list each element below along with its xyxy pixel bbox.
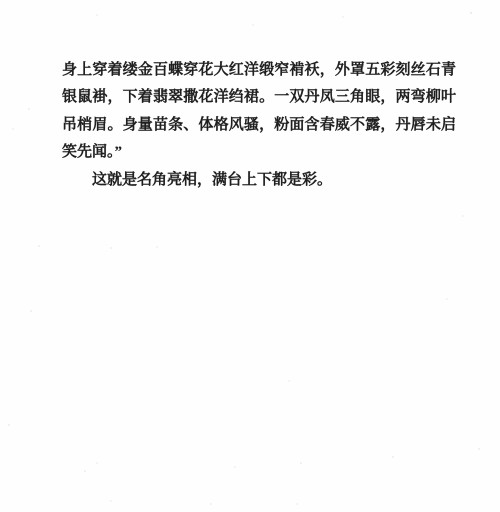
paragraph-quote: 身上穿着缕金百蝶穿花大红洋缎窄褃袄，外罩五彩刻丝石青银鼠褂，下着翡翠撒花洋绉裙。… bbox=[62, 57, 456, 167]
body-text-block: 身上穿着缕金百蝶穿花大红洋缎窄褃袄，外罩五彩刻丝石青银鼠褂，下着翡翠撒花洋绉裙。… bbox=[62, 57, 456, 194]
paragraph-comment: 这就是名角亮相，满台上下都是彩。 bbox=[62, 167, 456, 194]
scanned-page: 身上穿着缕金百蝶穿花大红洋缎窄褃袄，外罩五彩刻丝石青银鼠褂，下着翡翠撒花洋绉裙。… bbox=[0, 0, 500, 512]
scan-noise-specks bbox=[0, 0, 2, 2]
